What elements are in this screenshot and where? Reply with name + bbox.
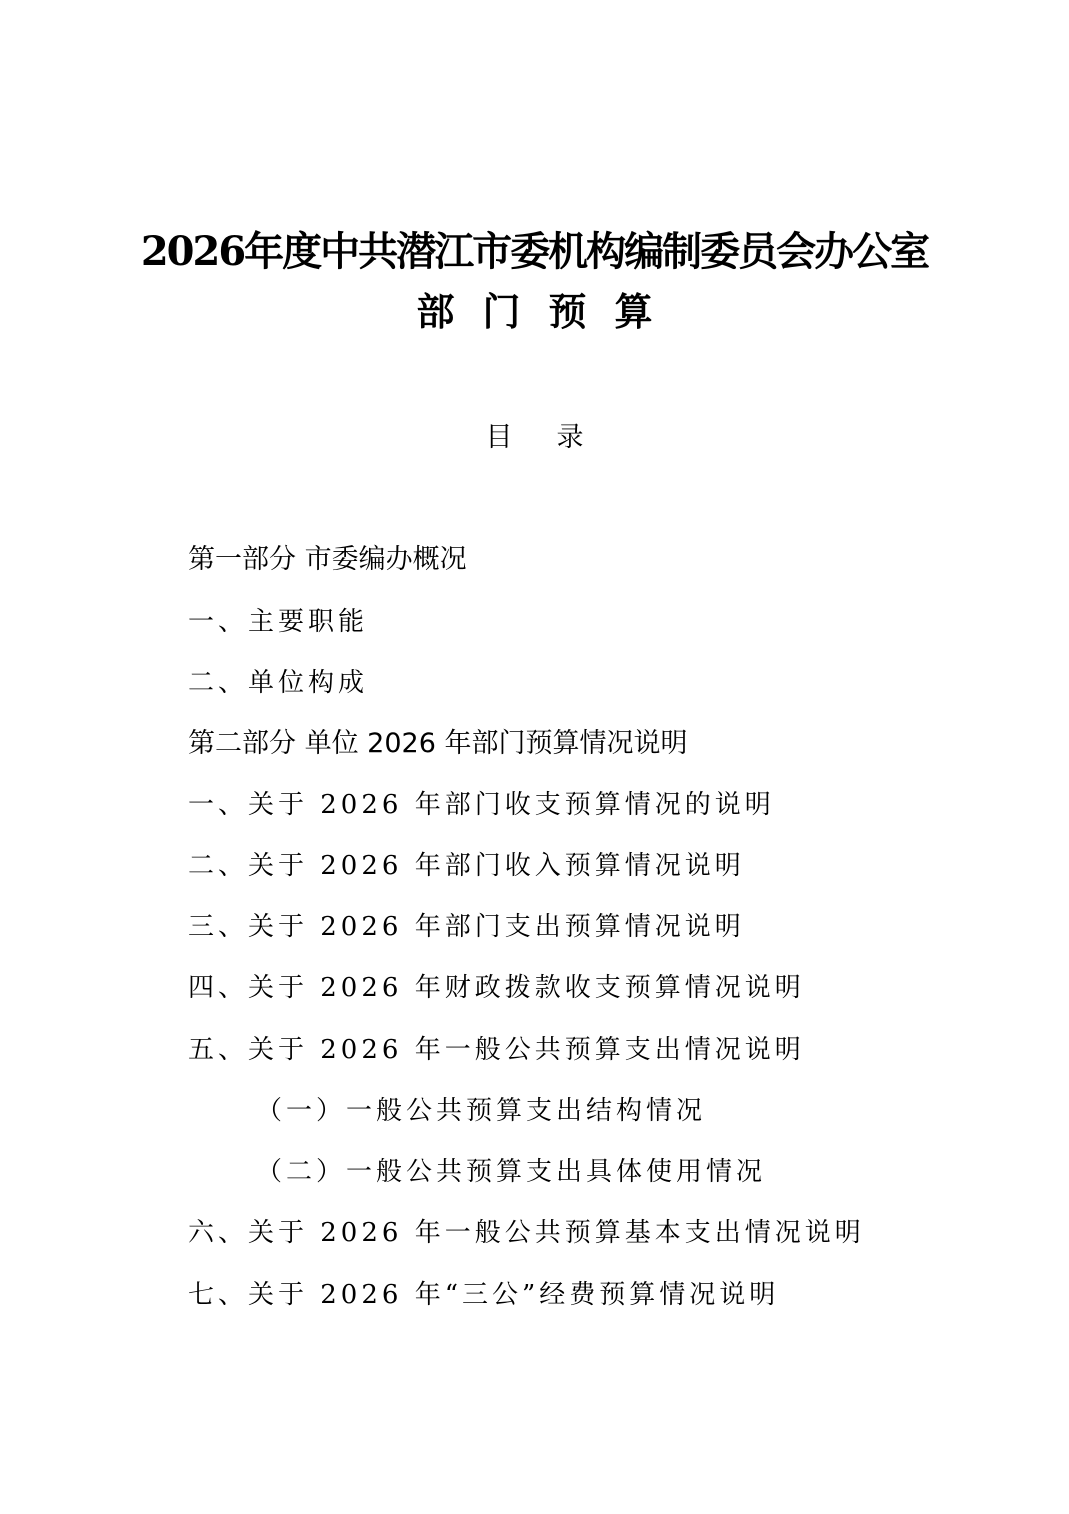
toc-part-1: 第一部分 市委编办概况 [188, 540, 467, 580]
toc-subitem-structure: （一）一般公共预算支出结构情况 [256, 1091, 706, 1131]
toc-item-expenditure: 三、关于 2026 年部门支出预算情况说明 [188, 907, 745, 947]
toc-item-general-public-budget: 五、关于 2026 年一般公共预算支出情况说明 [188, 1030, 805, 1070]
toc-item-revenue: 二、关于 2026 年部门收入预算情况说明 [188, 846, 745, 886]
toc-item-unit-composition: 二、单位构成 [188, 663, 368, 703]
toc-item-fiscal-appropriation: 四、关于 2026 年财政拨款收支预算情况说明 [188, 968, 805, 1008]
toc-part-2: 第二部分 单位 2026 年部门预算情况说明 [188, 724, 687, 764]
toc-item-three-public-expenses: 七、关于 2026 年“三公”经费预算情况说明 [188, 1275, 779, 1315]
toc-item-revenue-expenditure: 一、关于 2026 年部门收支预算情况的说明 [188, 785, 775, 825]
toc-heading: 目录 [0, 420, 1069, 456]
document-subtitle: 部门预算 [0, 287, 1069, 337]
toc-item-main-functions: 一、主要职能 [188, 602, 368, 642]
toc-item-basic-expenditure: 六、关于 2026 年一般公共预算基本支出情况说明 [188, 1213, 865, 1253]
document-title: 2026年度中共潜江市委机构编制委员会办公室 [0, 226, 1069, 278]
toc-subitem-specific-use: （二）一般公共预算支出具体使用情况 [256, 1152, 766, 1192]
